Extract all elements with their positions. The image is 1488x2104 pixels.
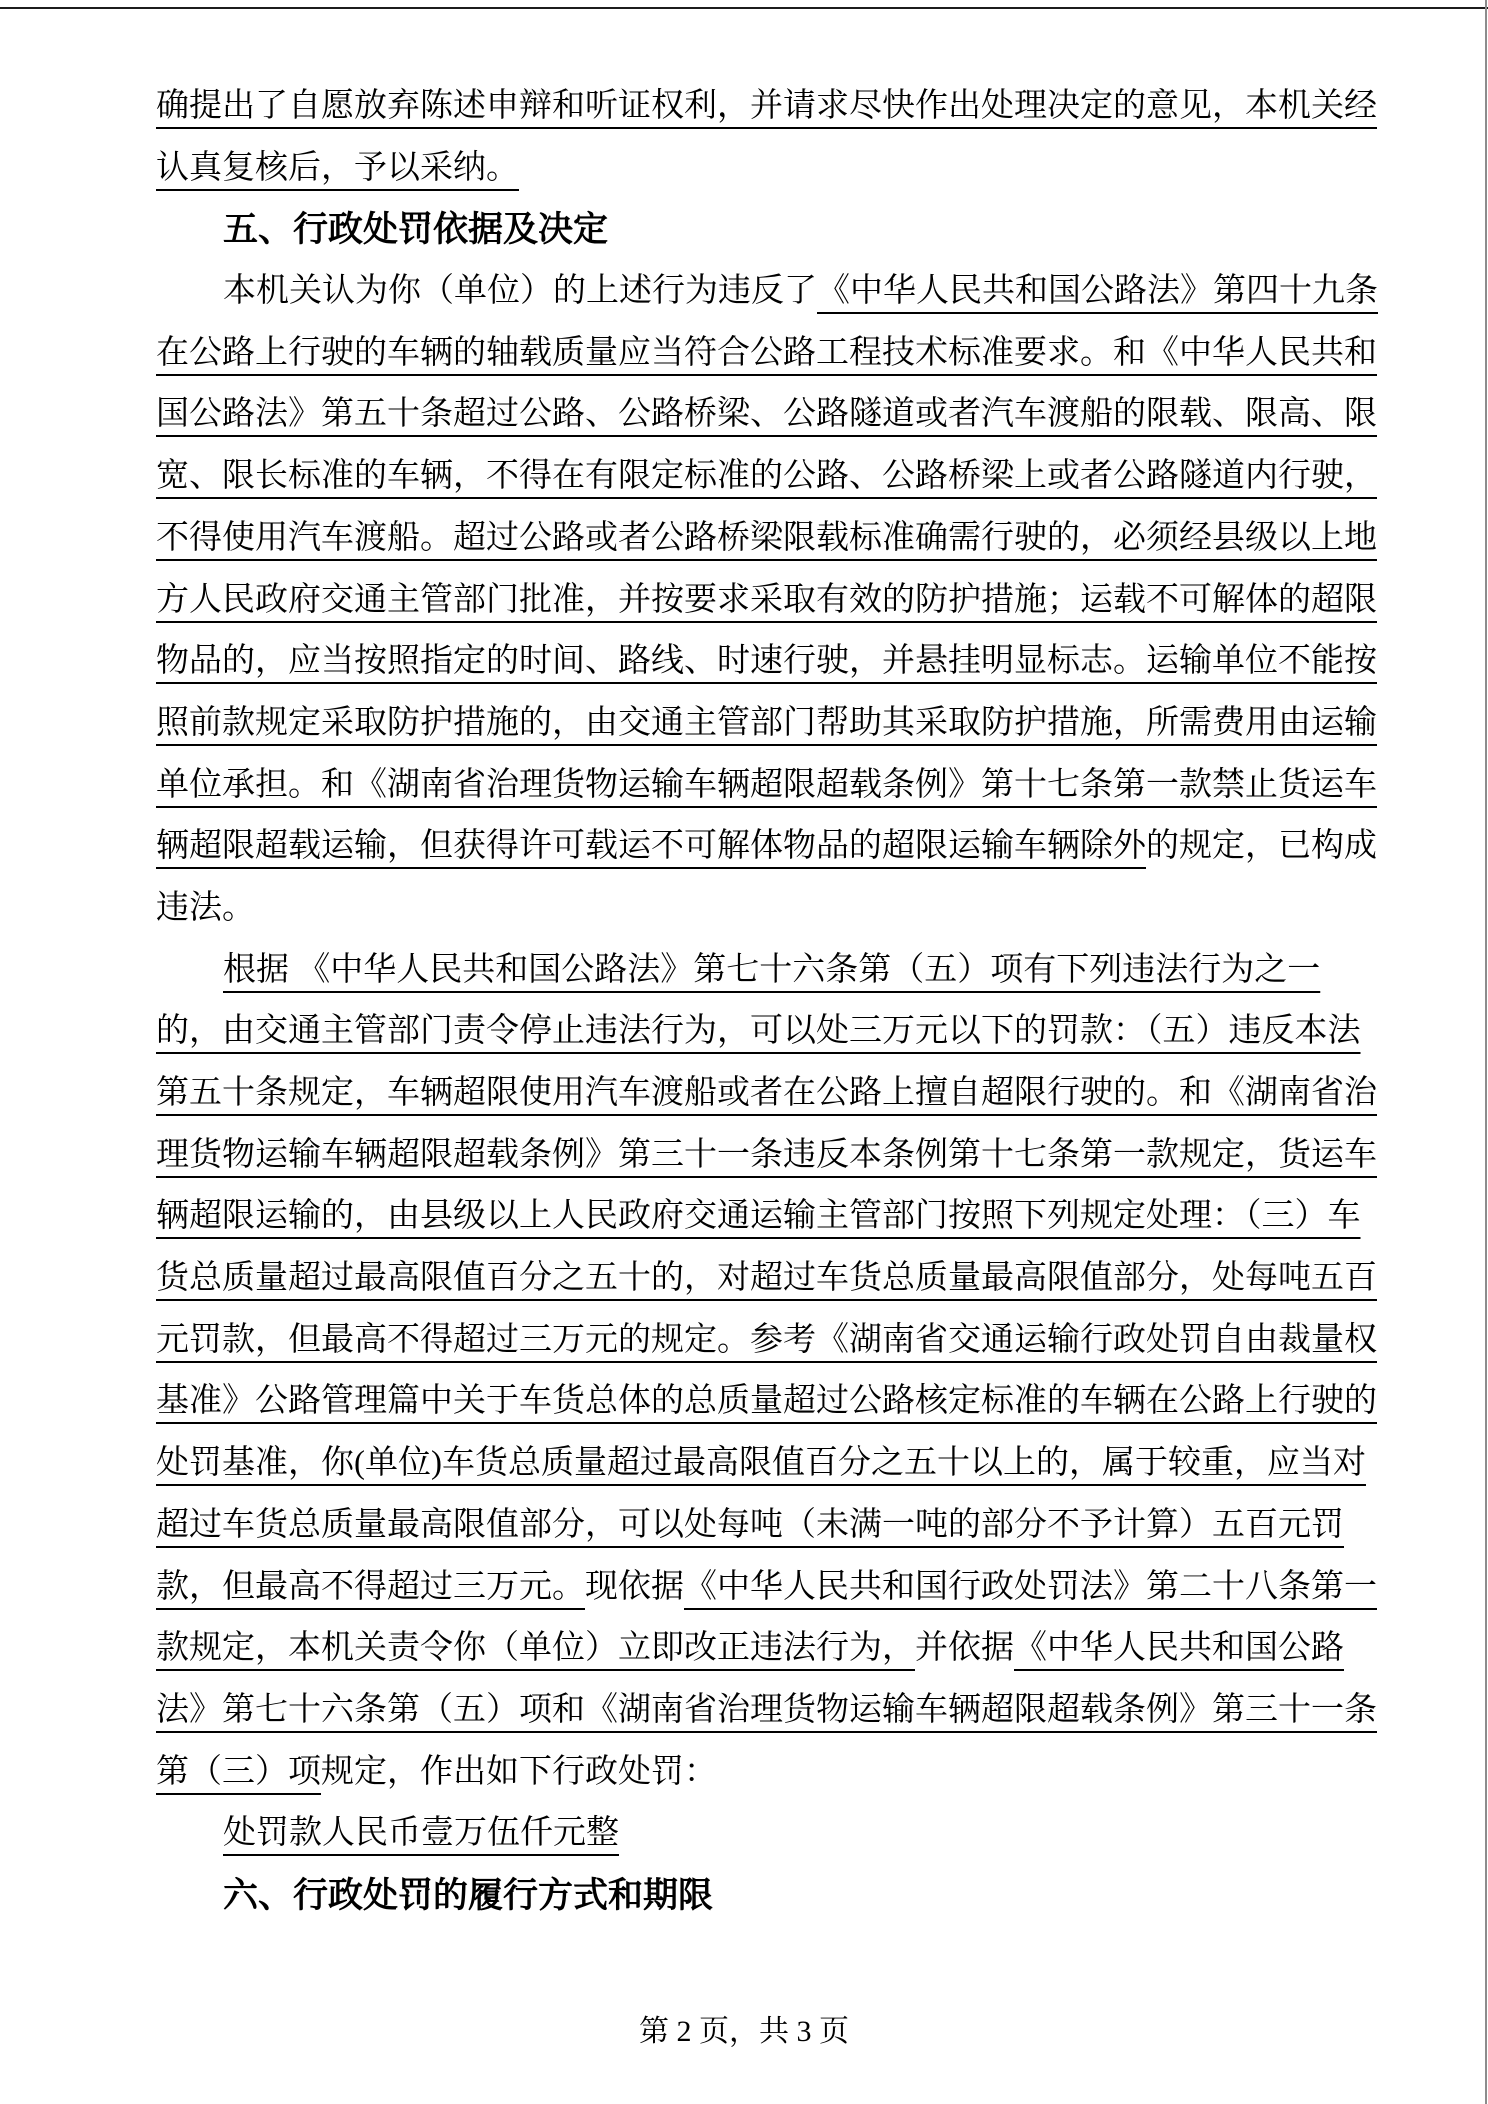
page-top-border [0,7,1488,9]
underlined-text: 辆超限超载运输，但获得许可载运不可解体物品的超限运输车辆除外 [156,828,1146,864]
plain-text: 五、行政处罚依据及决定 [223,210,608,249]
underlined-text: 照前款规定采取防护措施的，由交通主管部门帮助其采取防护措施，所需费用由运输 [156,705,1377,741]
text-line: 违法。 [156,878,1371,940]
underlined-text: 辆超限运输的，由县级以上人民政府交通运输主管部门按照下列规定处理：（三）车 [156,1198,1361,1234]
text-line: 物品的，应当按照指定的时间、路线、时速行驶，并悬挂明显标志。运输单位不能按 [156,631,1371,693]
underlined-text: 认真复核后，予以采纳。 [156,150,519,186]
text-line: 认真复核后，予以采纳。 [156,138,1371,200]
underlined-text: 宽、限长标准的车辆，不得在有限定标准的公路、公路桥梁上或者公路隧道内行驶， [156,458,1377,494]
plain-text: 的规定，已构成 [1146,828,1377,864]
underlined-text: 单位承担。和《湖南省治理货物运输车辆超限超载条例》第十七条第一款禁止货运车 [156,767,1377,803]
underlined-text: 的，由交通主管部门责令停止违法行为，可以处三万元以下的罚款：（五）违反本法 [156,1013,1361,1049]
underlined-text: 《中华人民共和国行政处罚法》第二十八条第一 [684,1569,1377,1605]
page-number: 第 2 页，共 3 页 [0,2012,1488,2052]
underlined-text: 确提出了自愿放弃陈述申辩和听证权利，并请求尽快作出处理决定的意见，本机关经 [156,88,1377,124]
text-line: 款规定，本机关责令你（单位）立即改正违法行为，并依据《中华人民共和国公路 [156,1618,1371,1680]
text-line: 不得使用汽车渡船。超过公路或者公路桥梁限载标准确需行驶的，必须经县级以上地 [156,508,1371,570]
section-heading: 五、行政处罚依据及决定 [156,199,1371,261]
underlined-text: 根据 《中华人民共和国公路法》第七十六条第（五）项有下列违法行为之一 [223,952,1320,988]
underlined-text: 国公路法》第五十条超过公路、公路桥梁、公路隧道或者汽车渡船的限载、限高、限 [156,396,1377,432]
text-line: 处罚款人民币壹万伍仟元整 [156,1803,1371,1865]
underlined-text: 处罚款人民币壹万伍仟元整 [223,1815,619,1851]
plain-text: 并依据 [915,1630,1014,1666]
text-line: 的，由交通主管部门责令停止违法行为，可以处三万元以下的罚款：（五）违反本法 [156,1001,1371,1063]
text-line: 在公路上行驶的车辆的轴载质量应当符合公路工程技术标准要求。和《中华人民共和 [156,323,1371,385]
section-heading: 六、行政处罚的履行方式和期限 [156,1865,1371,1927]
underlined-text: 元罚款，但最高不得超过三万元的规定。 [156,1322,750,1358]
plain-text: 违法。 [156,890,255,926]
plain-text: 本机关认为你（单位）的上述行为违反了 [223,273,817,309]
text-line: 方人民政府交通主管部门批准，并按要求采取有效的防护措施；运载不可解体的超限 [156,570,1371,632]
page-right-border [1485,0,1487,2104]
document-body: 确提出了自愿放弃陈述申辩和听证权利，并请求尽快作出处理决定的意见，本机关经认真复… [156,76,1371,1927]
underlined-text: 第（三）项 [156,1754,321,1790]
text-line: 国公路法》第五十条超过公路、公路桥梁、公路隧道或者汽车渡船的限载、限高、限 [156,384,1371,446]
text-line: 确提出了自愿放弃陈述申辩和听证权利，并请求尽快作出处理决定的意见，本机关经 [156,76,1371,138]
plain-text: 规定，作出如下行政处罚： [321,1754,717,1790]
underlined-text: 超过车货总质量最高限值部分，可以处每吨（未满一吨的部分不予计算）五百元罚 [156,1507,1344,1543]
text-line: 辆超限超载运输，但获得许可载运不可解体物品的超限运输车辆除外的规定，已构成 [156,816,1371,878]
document-page: 确提出了自愿放弃陈述申辩和听证权利，并请求尽快作出处理决定的意见，本机关经认真复… [0,0,1488,2104]
text-line: 基准》公路管理篇中关于车货总体的总质量超过公路核定标准的车辆在公路上行驶的 [156,1371,1371,1433]
text-line: 元罚款，但最高不得超过三万元的规定。参考《湖南省交通运输行政处罚自由裁量权 [156,1310,1371,1372]
underlined-text: 第五十条规定，车辆超限使用汽车渡船或者在公路上擅自超限行驶的。和《湖南省治 [156,1075,1377,1111]
underlined-text: 款，但最高不得超过三万元。 [156,1569,585,1605]
underlined-text: 物品的，应当按照指定的时间、路线、时速行驶，并悬挂明显标志。运输单位不能按 [156,643,1377,679]
text-line: 宽、限长标准的车辆，不得在有限定标准的公路、公路桥梁上或者公路隧道内行驶， [156,446,1371,508]
text-line: 照前款规定采取防护措施的，由交通主管部门帮助其采取防护措施，所需费用由运输 [156,693,1371,755]
text-line: 超过车货总质量最高限值部分，可以处每吨（未满一吨的部分不予计算）五百元罚 [156,1495,1371,1557]
underlined-text: 不得使用汽车渡船。超过公路或者公路桥梁限载标准确需行驶的，必须经县级以上地 [156,520,1377,556]
text-line: 辆超限运输的，由县级以上人民政府交通运输主管部门按照下列规定处理：（三）车 [156,1186,1371,1248]
text-line: 处罚基准，你(单位)车货总质量超过最高限值百分之五十以上的，属于较重，应当对 [156,1433,1371,1495]
underlined-text: 参考《湖南省交通运输行政处罚自由裁量权 [750,1322,1377,1358]
underlined-text: 《中华人民共和国公路 [1014,1630,1344,1666]
underlined-text: 理货物运输车辆超限超载条例》第三十一条违反本条例第十七条第一款规定，货运车 [156,1137,1377,1173]
text-line: 货总质量超过最高限值百分之五十的，对超过车货总质量最高限值部分，处每吨五百 [156,1248,1371,1310]
underlined-text: 在公路上行驶的车辆的轴载质量应当符合公路工程技术标准要求。和《中华人民共和 [156,335,1377,371]
underlined-text: 货总质量超过最高限值百分之五十的，对超过车货总质量最高限值部分，处每吨五百 [156,1260,1377,1296]
underlined-text: 基准》公路管理篇中关于车货总体的总质量超过公路核定标准的车辆在公路上行驶的 [156,1383,1377,1419]
text-line: 根据 《中华人民共和国公路法》第七十六条第（五）项有下列违法行为之一 [156,940,1371,1002]
text-line: 单位承担。和《湖南省治理货物运输车辆超限超载条例》第十七条第一款禁止货运车 [156,755,1371,817]
underlined-text: 方人民政府交通主管部门批准，并按要求采取有效的防护措施；运载不可解体的超限 [156,582,1377,618]
plain-text: 六、行政处罚的履行方式和期限 [223,1876,713,1915]
underlined-text: 法》第七十六条第（五）项和《湖南省治理货物运输车辆超限超载条例》第三十一条 [156,1692,1377,1728]
underlined-text: 处罚基准，你(单位)车货总质量超过最高限值百分之五十以上的，属于较重，应当对 [156,1445,1366,1481]
text-line: 本机关认为你（单位）的上述行为违反了《中华人民共和国公路法》第四十九条 [156,261,1371,323]
underlined-text: 《中华人民共和国公路法》第四十九条 [817,273,1378,309]
text-line: 第五十条规定，车辆超限使用汽车渡船或者在公路上擅自超限行驶的。和《湖南省治 [156,1063,1371,1125]
text-line: 法》第七十六条第（五）项和《湖南省治理货物运输车辆超限超载条例》第三十一条 [156,1680,1371,1742]
underlined-text: 款规定，本机关责令你（单位）立即改正违法行为， [156,1630,915,1666]
plain-text: 现依据 [585,1569,684,1605]
text-line: 理货物运输车辆超限超载条例》第三十一条违反本条例第十七条第一款规定，货运车 [156,1125,1371,1187]
text-line: 第（三）项规定，作出如下行政处罚： [156,1742,1371,1804]
text-line: 款，但最高不得超过三万元。现依据《中华人民共和国行政处罚法》第二十八条第一 [156,1557,1371,1619]
